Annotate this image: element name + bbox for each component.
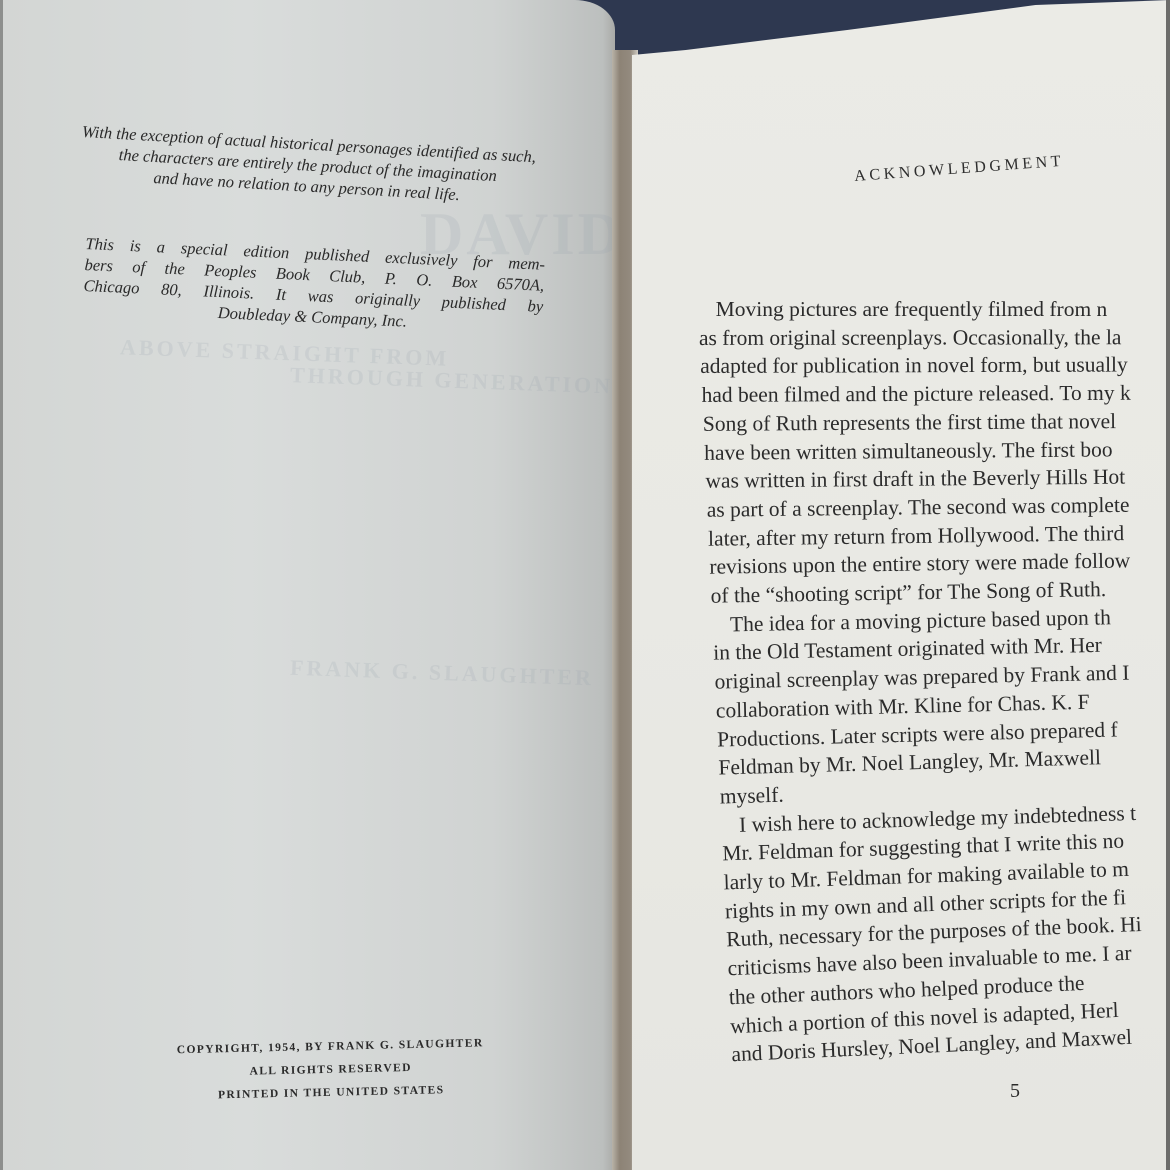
page-number: 5 [1010, 1080, 1020, 1103]
page-edge [1166, 0, 1170, 1170]
fiction-disclaimer: With the exception of actual historical … [26, 118, 589, 212]
show-through-text: FRANK G. SLAUGHTER [290, 655, 595, 692]
body-line: as from original screenplays. Occasional… [699, 323, 1170, 353]
show-through-text: THROUGH GENERATIONS [290, 362, 629, 400]
acknowledgment-body: Moving pictures are frequently filmed fr… [697, 271, 1170, 1069]
body-line: Moving pictures are frequently filmed fr… [698, 295, 1170, 324]
page-edge [0, 0, 3, 1170]
body-line: had been filmed and the picture released… [701, 378, 1170, 409]
body-line: Song of Ruth represents the first time t… [703, 406, 1170, 438]
body-line: adapted for publication in novel form, b… [700, 351, 1170, 381]
left-page: DAVID ABOVE STRAIGHT FROM THROUGH GENERA… [0, 0, 615, 1170]
copyright-notice: COPYRIGHT, 1954, BY FRANK G. SLAUGHTER A… [145, 1032, 516, 1109]
